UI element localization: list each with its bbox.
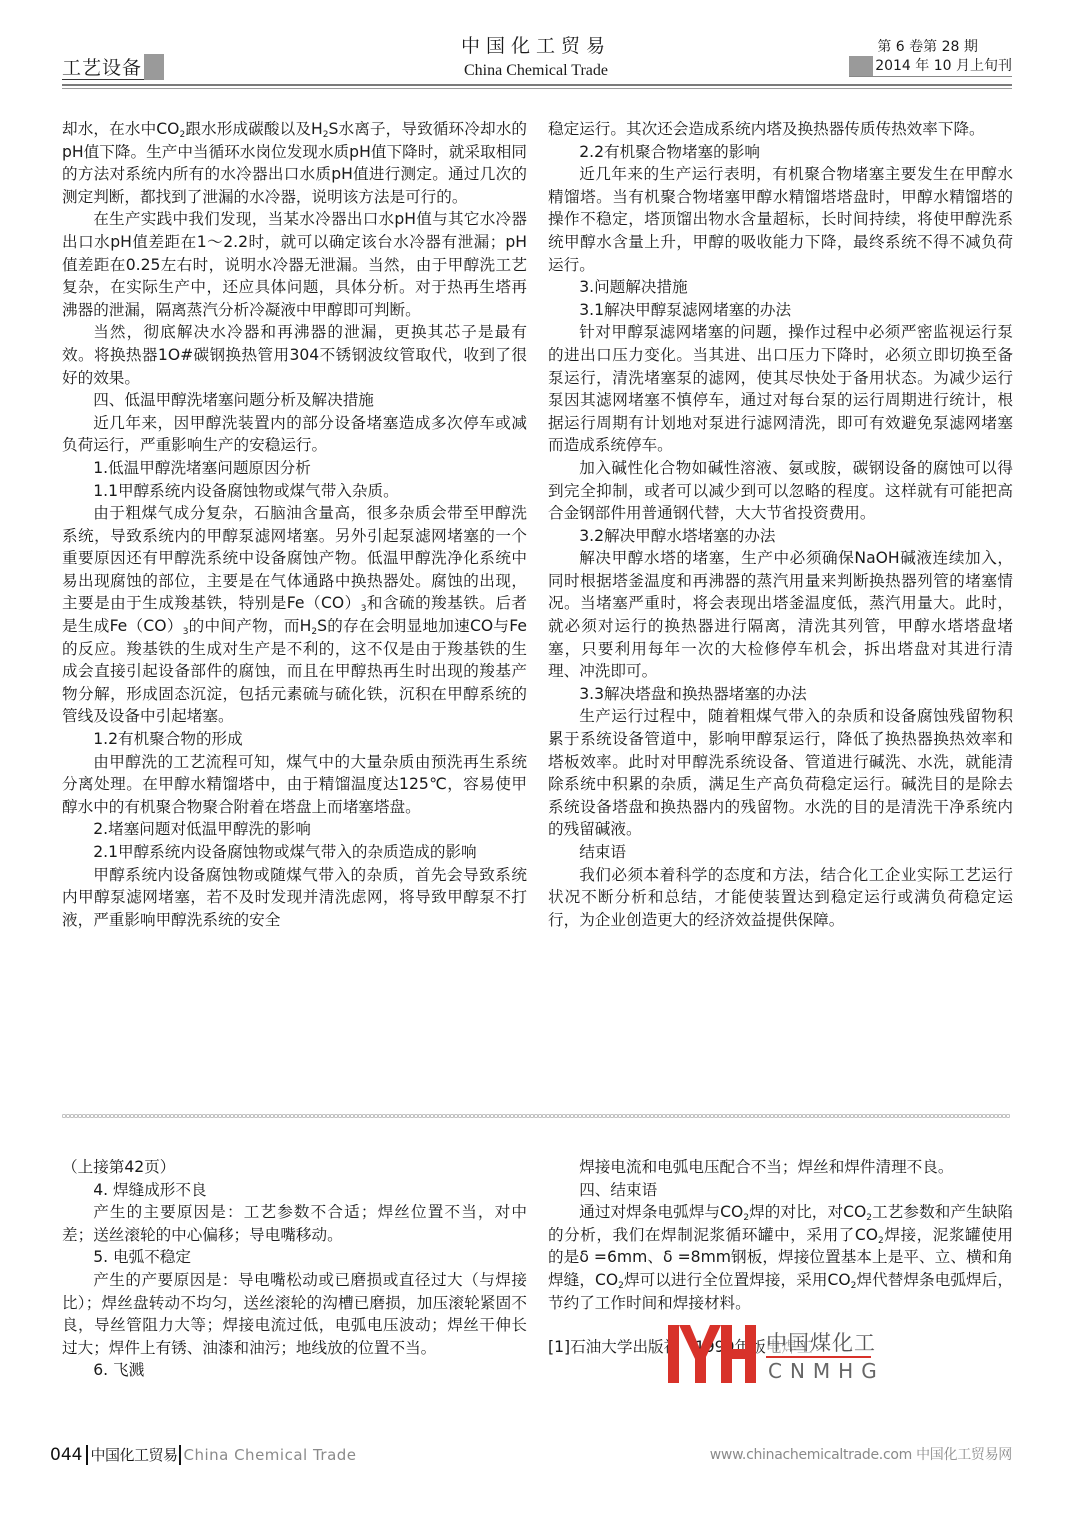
paragraph: 由于粗煤气成分复杂，石脑油含量高，很多杂质会带至甲醇洗系统，导致系统内的甲醇泵滤…	[62, 502, 527, 728]
section-heading: 5. 电弧不稳定	[62, 1246, 527, 1269]
paragraph: 产生的产要原因是：导电嘴松动或已磨损或直径过大（与焊接比）；焊丝盘转动不均匀，送…	[62, 1269, 527, 1359]
header-rule-thin	[62, 88, 1012, 89]
watermark-logo: 中国煤化工 CNMHG	[668, 1325, 888, 1383]
paragraph: 却水，在水中CO2跟水形成碳酸以及H2S水离子，导致循环冷却水的pH值下降。生产…	[62, 118, 527, 208]
paragraph: 近几年来的生产运行表明，有机聚合物堵塞主要发生在甲醇水精馏塔。当有机聚合物堵塞甲…	[548, 163, 1013, 276]
issue-date: 2014 年 10 月上旬刊	[873, 56, 1012, 76]
page-number: 044	[50, 1445, 82, 1465]
footer-website[interactable]: www.chinachemicaltrade.com 中国化工贸易网	[710, 1444, 1012, 1464]
issue-info: 第 6 卷第 28 期 2014 年 10 月上旬刊	[849, 38, 1012, 77]
section-heading: 3.3解决塔盘和换热器堵塞的办法	[548, 683, 1013, 706]
footer-journal-en: China Chemical Trade	[183, 1446, 356, 1464]
section-heading: 6. 飞溅	[62, 1359, 527, 1382]
section-heading: 四、结束语	[548, 1179, 1013, 1202]
section-heading: 1.低温甲醇洗堵塞问题原因分析	[62, 457, 527, 480]
watermark-rule	[766, 1356, 871, 1358]
section-heading: 1.2有机聚合物的形成	[62, 728, 527, 751]
article1-right-column: 稳定运行。其次还会造成系统内塔及换热器传质传热效率下降。2.2有机聚合物堵塞的影…	[548, 118, 1013, 931]
footer-bar	[179, 1445, 181, 1465]
paragraph: 通过对焊条电弧焊与CO2焊的对比，对CO2工艺参数和产生缺陷的分析，我们在焊制泥…	[548, 1201, 1013, 1314]
article2-left-column: （上接第42页）4. 焊缝成形不良产生的主要原因是：工艺参数不合适；焊丝位置不当…	[62, 1156, 527, 1382]
paragraph: 产生的主要原因是：工艺参数不合适；焊丝位置不当，对中差；送丝滚轮的中心偏移；导电…	[62, 1201, 527, 1246]
watermark-cn: 中国煤化工	[766, 1327, 876, 1357]
paragraph: 焊接电流和电弧电压配合不当；焊丝和焊件清理不良。	[548, 1156, 1013, 1179]
footer-journal-cn: 中国化工贸易	[88, 1444, 179, 1465]
section-heading: 3.2解决甲醇水塔堵塞的办法	[548, 525, 1013, 548]
paragraph: 针对甲醇泵滤网堵塞的问题，操作过程中必须严密监视运行泵的进出口压力变化。当其进、…	[548, 321, 1013, 457]
wavy-divider	[62, 1113, 1010, 1119]
mh-logo-icon	[668, 1325, 756, 1383]
footer-left: 044 中国化工贸易 China Chemical Trade	[50, 1444, 357, 1465]
paragraph: 稳定运行。其次还会造成系统内塔及换热器传质传热效率下降。	[548, 118, 1013, 141]
section-heading: 四、低温甲醇洗堵塞问题分析及解决措施	[62, 389, 527, 412]
watermark-en: CNMHG	[768, 1359, 885, 1383]
paragraph: 我们必须本着科学的态度和方法，结合化工企业实际工艺运行状况不断分析和总结，才能使…	[548, 864, 1013, 932]
section-heading: 结束语	[548, 841, 1013, 864]
header-rule	[62, 84, 1012, 86]
section-heading: 3.1解决甲醇泵滤网堵塞的办法	[548, 299, 1013, 322]
paragraph: 甲醇系统内设备腐蚀物或随煤气带入的杂质，首先会导致系统内甲醇泵滤网堵塞，若不及时…	[62, 864, 527, 932]
issue-volume: 第 6 卷第 28 期	[849, 38, 1012, 56]
section-heading: 1.1甲醇系统内设备腐蚀物或煤气带入杂质。	[62, 480, 527, 503]
section-heading: 2.堵塞问题对低温甲醇洗的影响	[62, 818, 527, 841]
paragraph: 由甲醇洗的工艺流程可知，煤气中的大量杂质由预洗再生系统分离处理。在甲醇水精馏塔中…	[62, 751, 527, 819]
section-heading: 2.2有机聚合物堵塞的影响	[548, 141, 1013, 164]
paragraph: （上接第42页）	[62, 1156, 527, 1179]
section-heading: 4. 焊缝成形不良	[62, 1179, 527, 1202]
paragraph: 2.1甲醇系统内设备腐蚀物或煤气带入的杂质造成的影响	[62, 841, 527, 864]
section-heading: 3.问题解决措施	[548, 276, 1013, 299]
issue-marker-block	[849, 56, 873, 76]
paragraph: 生产运行过程中，随着粗煤气带入的杂质和设备腐蚀残留物积累于系统设备管道中，影响甲…	[548, 705, 1013, 841]
paragraph: 近几年来，因甲醇洗装置内的部分设备堵塞造成多次停车或减负荷运行，严重影响生产的安…	[62, 412, 527, 457]
paragraph: 在生产实践中我们发现，当某水冷器出口水pH值与其它水冷器出口水pH值差距在1～2…	[62, 208, 527, 321]
paragraph: 加入碱性化合物如碱性溶液、氨或胺，碳钢设备的腐蚀可以得到完全抑制，或者可以减少到…	[548, 457, 1013, 525]
paragraph: 解决甲醇水塔的堵塞，生产中必须确保NaOH碱液连续加入，同时根据塔釜温度和再沸器…	[548, 547, 1013, 683]
paragraph: 当然，彻底解决水冷器和再沸器的泄漏，更换其芯子是最有效。将换热器1O#碳钢换热管…	[62, 321, 527, 389]
article1-left-column: 却水，在水中CO2跟水形成碳酸以及H2S水离子，导致循环冷却水的pH值下降。生产…	[62, 118, 527, 931]
